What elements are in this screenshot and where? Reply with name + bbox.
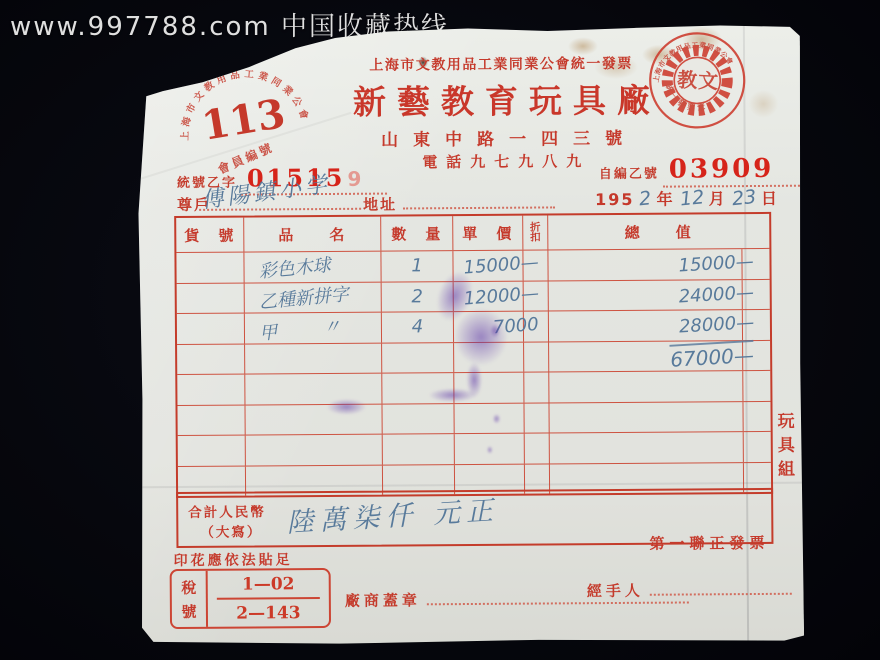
col-header-total: 總 值: [548, 214, 769, 250]
item-name: 甲 〃: [258, 310, 356, 345]
serial-right-label: 自編乙號: [599, 163, 659, 182]
serial-right-row: 自編乙號 03909: [599, 154, 801, 188]
table-row-sum: 67000—: [177, 340, 770, 375]
department-vertical-label: 玩具組: [772, 412, 798, 484]
tax-number-box: 稅 號 1—02 2—143: [170, 568, 331, 629]
serial-left-suffix: 9: [347, 167, 361, 191]
table-row-empty: [178, 432, 771, 467]
table-row-empty: [177, 371, 770, 406]
col-header-item-name: 品 名: [244, 217, 381, 252]
table-row: 甲 〃 4 7000 28000—: [177, 310, 770, 345]
association-header: 上海市文教用品工業同業公會統一發票: [334, 53, 668, 75]
invoice-paper: 上海市文教用品工業同業公會 113 會員編號 上海市文教用品工業同業公會統一發票…: [136, 24, 804, 647]
date-prefix: 195: [595, 190, 635, 209]
date-month-unit: 月: [709, 186, 727, 209]
handler-line: [650, 578, 792, 596]
item-name: 乙種新拼字: [258, 280, 350, 314]
table-header-row: 貨 號 品 名 數 量 單 價 折 扣 總 值: [176, 214, 769, 253]
address-row: 地址: [363, 191, 555, 215]
total-label-line1: 合計人民幣: [188, 500, 266, 521]
tax-number-label: 稅 號: [172, 571, 208, 627]
tax-number-line1: 1—02: [217, 570, 320, 600]
col-header-discount: 折 扣: [523, 215, 548, 249]
factory-name: 新藝教育玩具廠: [329, 75, 673, 124]
round-stamp-center: 教文: [677, 68, 720, 94]
date-day-unit: 日: [761, 186, 779, 209]
union-round-stamp: 教文 上海市文教用品工業同業公會 統一發票章: [639, 22, 756, 139]
tax-number-line2: 2—143: [217, 599, 320, 627]
item-qty: 4: [412, 317, 424, 338]
date-year-handwritten: 2: [638, 187, 652, 210]
factory-address: 山東中路一四三號: [330, 124, 674, 151]
item-qty: 2: [411, 286, 423, 307]
address-line: [403, 191, 555, 209]
date-row: 195 2 年 12 月 23 日: [595, 186, 779, 210]
col-header-unit-price: 單 價: [453, 216, 523, 250]
table-row: 彩色木球 1 15000— 15000—: [176, 249, 769, 284]
col-header-qty: 數 量: [381, 216, 453, 251]
handler-row: 經手人: [587, 578, 792, 602]
date-day-handwritten: 23: [731, 186, 757, 210]
item-name: 彩色木球: [257, 251, 331, 284]
table-row-empty: [177, 401, 770, 436]
date-year-unit: 年: [656, 187, 674, 210]
date-month-handwritten: 12: [679, 186, 705, 210]
item-qty: 1: [411, 256, 423, 277]
photo-stage: www.997788.com 中国收藏热线 上海市文教用品工業同業公會 113 …: [0, 0, 880, 660]
paper-stain: [748, 90, 778, 118]
stamp-duty-note: 印花應依法貼足: [173, 549, 292, 570]
serial-right-value: 03909: [669, 154, 775, 185]
total-label-line2: （大寫）: [200, 520, 262, 540]
copy-label: 第一聯正發票: [649, 532, 769, 554]
member-number: 113: [198, 90, 288, 150]
table-row: 乙種新拼字 2 12000— 24000—: [177, 279, 770, 314]
address-label: 地址: [363, 194, 397, 215]
vendor-seal-label: 廠商蓋章: [345, 590, 421, 612]
total-amount-handwritten: 陸萬柒仟 元正: [285, 488, 500, 540]
items-table: 貨 號 品 名 數 量 單 價 折 扣 總 值 彩色木球 1 15000— 15…: [174, 212, 773, 498]
col-header-item-no: 貨 號: [176, 218, 244, 252]
customer-name-line: [199, 193, 361, 211]
handler-label: 經手人: [587, 580, 644, 601]
